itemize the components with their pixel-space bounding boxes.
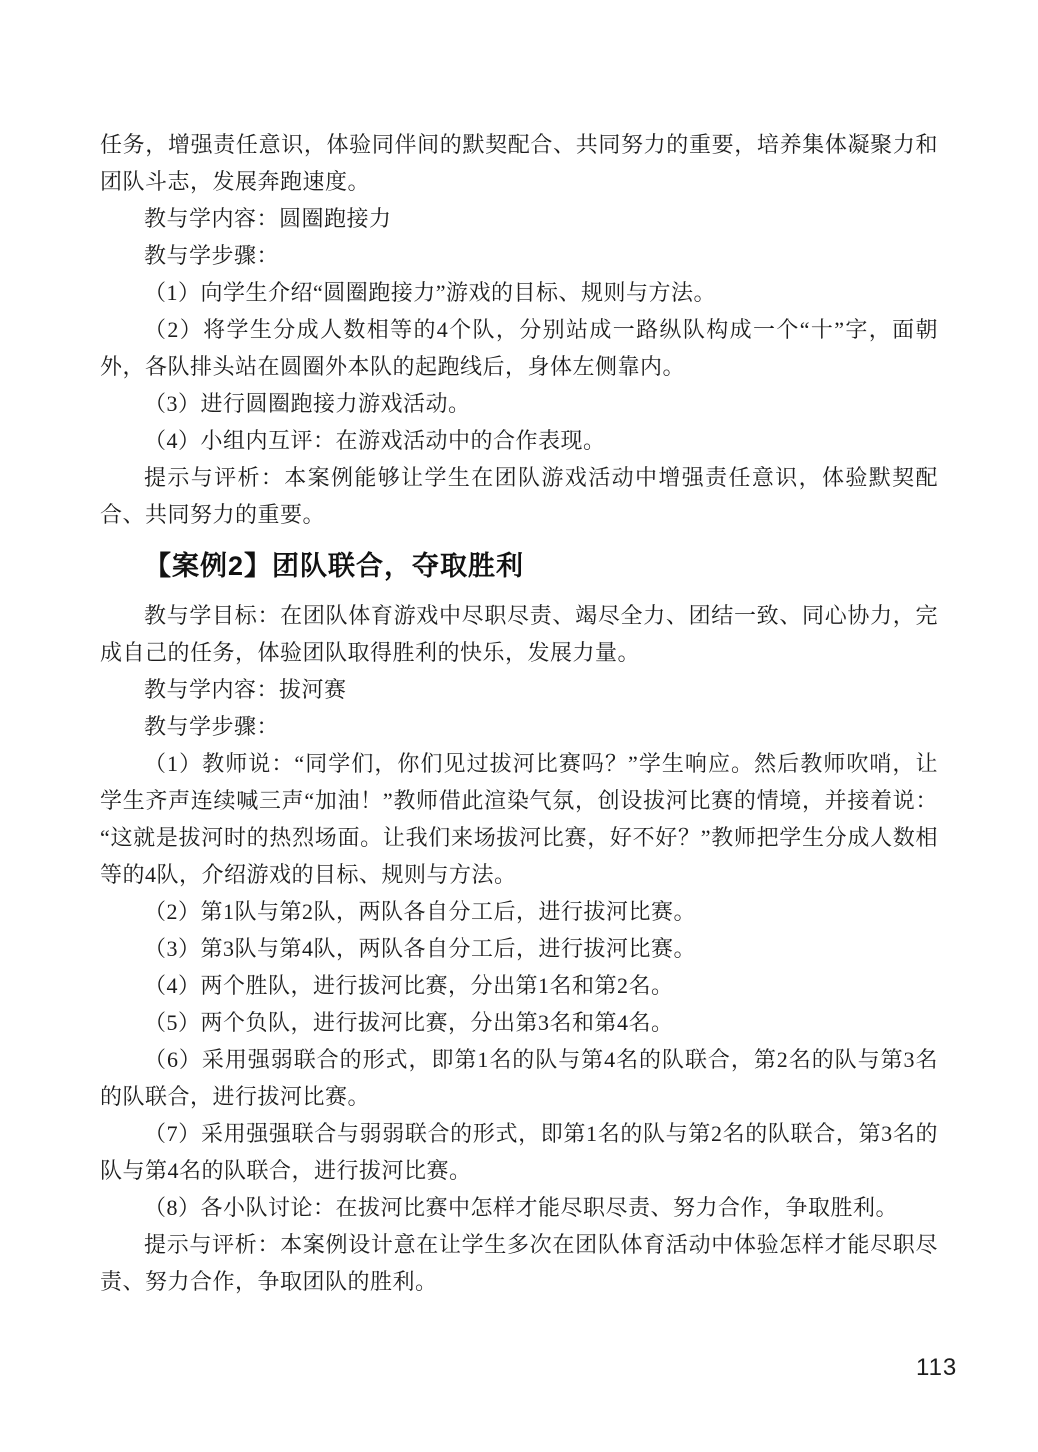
page-content: 任务，增强责任意识，体验同伴间的默契配合、共同努力的重要，培养集体凝聚力和团队斗… bbox=[100, 126, 938, 1300]
page-number: 113 bbox=[916, 1354, 957, 1382]
paragraph: 教与学目标：在团队体育游戏中尽职尽责、竭尽全力、团结一致、同心协力，完成自己的任… bbox=[100, 597, 938, 671]
section-heading: 【案例2】团队联合，夺取胜利 bbox=[100, 548, 938, 584]
paragraph: （8）各小队讨论：在拔河比赛中怎样才能尽职尽责、努力合作，争取胜利。 bbox=[100, 1189, 938, 1226]
paragraph: （2）第1队与第2队，两队各自分工后，进行拔河比赛。 bbox=[100, 893, 938, 930]
paragraph: （6）采用强弱联合的形式，即第1名的队与第4名的队联合，第2名的队与第3名的队联… bbox=[100, 1041, 938, 1115]
paragraph: 提示与评析：本案例设计意在让学生多次在团队体育活动中体验怎样才能尽职尽责、努力合… bbox=[100, 1226, 938, 1300]
paragraph: （4）小组内互评：在游戏活动中的合作表现。 bbox=[100, 422, 938, 459]
paragraph: 教与学内容：圆圈跑接力 bbox=[100, 200, 938, 237]
paragraph: （3）第3队与第4队，两队各自分工后，进行拔河比赛。 bbox=[100, 930, 938, 967]
paragraph: 任务，增强责任意识，体验同伴间的默契配合、共同努力的重要，培养集体凝聚力和团队斗… bbox=[100, 126, 938, 200]
paragraph: 教与学步骤： bbox=[100, 708, 938, 745]
paragraph: （1）教师说：“同学们，你们见过拔河比赛吗？”学生响应。然后教师吹哨，让学生齐声… bbox=[100, 745, 938, 893]
paragraph: （4）两个胜队，进行拔河比赛，分出第1名和第2名。 bbox=[100, 967, 938, 1004]
paragraph: 提示与评析：本案例能够让学生在团队游戏活动中增强责任意识，体验默契配合、共同努力… bbox=[100, 459, 938, 533]
paragraph: 教与学内容：拔河赛 bbox=[100, 671, 938, 708]
paragraph: （1）向学生介绍“圆圈跑接力”游戏的目标、规则与方法。 bbox=[100, 274, 938, 311]
paragraph: （7）采用强强联合与弱弱联合的形式，即第1名的队与第2名的队联合，第3名的队与第… bbox=[100, 1115, 938, 1189]
paragraph: （5）两个负队，进行拔河比赛，分出第3名和第4名。 bbox=[100, 1004, 938, 1041]
paragraph: （3）进行圆圈跑接力游戏活动。 bbox=[100, 385, 938, 422]
paragraph: （2）将学生分成人数相等的4个队，分别站成一路纵队构成一个“十”字，面朝外，各队… bbox=[100, 311, 938, 385]
paragraph: 教与学步骤： bbox=[100, 237, 938, 274]
document-page: 任务，增强责任意识，体验同伴间的默契配合、共同努力的重要，培养集体凝聚力和团队斗… bbox=[0, 0, 1038, 1452]
